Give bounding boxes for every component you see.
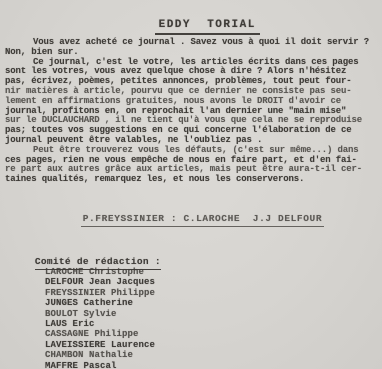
signature-line: P.FREYSSINIER : C.LAROCHE J.J DELFOUR: [0, 202, 382, 238]
committee-member: BOULOT Sylvie: [45, 309, 155, 319]
committee-member: MAFFRE Pascal: [45, 361, 155, 369]
signature-names: P.FREYSSINIER : C.LAROCHE J.J DELFOUR: [81, 213, 324, 227]
committee-member: LAVEISSIERE Laurence: [45, 340, 155, 350]
text-line: taines qualités, remarquez les, et nous …: [5, 175, 379, 185]
text-line: sur le DUCLAUCHARD , il ne tient qu'à vo…: [5, 116, 379, 126]
committee-member: DELFOUR Jean Jacques: [45, 277, 155, 287]
committee-member: CHAMBON Nathalie: [45, 350, 155, 360]
committee-member-list: LAROCHE Christophe DELFOUR Jean Jacques …: [45, 267, 155, 369]
scanned-document-page: EDDY TORIAL Vous avez acheté ce journal …: [0, 0, 382, 369]
committee-member: JUNGES Catherine: [45, 298, 155, 308]
committee-member: LAUS Eric: [45, 319, 155, 329]
committee-member: LAROCHE Christophe: [45, 267, 155, 277]
document-title-text: EDDY TORIAL: [155, 19, 260, 35]
text-line: re part aux autres grâce aux articles, m…: [5, 165, 379, 175]
committee-member: FREYSSINIER Philippe: [45, 288, 155, 298]
editorial-body: Vous avez acheté ce journal . Savez vous…: [5, 38, 379, 185]
committee-member: CASSAGNE Philippe: [45, 329, 155, 339]
text-line: Peut être trouverez vous les défauts, (c…: [5, 146, 379, 156]
text-line: lement en affirmations gratuites, nous a…: [5, 97, 379, 107]
